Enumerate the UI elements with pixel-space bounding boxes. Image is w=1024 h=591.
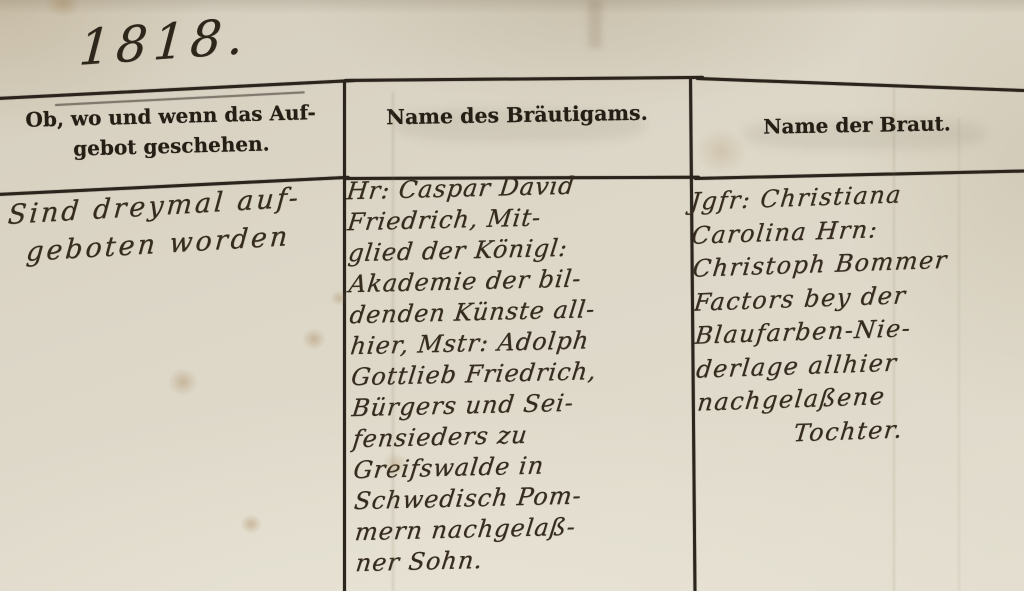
top-rule-segment <box>696 77 1024 92</box>
paper-stain <box>168 368 198 396</box>
column-header-groom: Name des Bräutigams. <box>348 97 686 133</box>
column-header-aufgebot: Ob, wo und wenn das Auf- gebot geschehen… <box>1 97 340 166</box>
column-header-bride: Name der Braut. <box>694 107 1020 143</box>
year-text: 1818. <box>77 8 251 77</box>
entry-bride: Jgfr: ChristianaCarolina Hrn:Christoph B… <box>687 174 1024 453</box>
paper-stain <box>240 514 262 534</box>
entry-groom: Hr: Caspar DavidFriedrich, Mit-glied der… <box>344 168 699 579</box>
register-page: 1818. Ob, wo und wenn das Auf- gebot ges… <box>0 0 1024 591</box>
paper-stain <box>45 0 81 18</box>
year-annotation: 1818. <box>73 8 247 77</box>
top-rule-segment <box>344 76 704 82</box>
scan-edge-shadow <box>0 0 1024 14</box>
paper-stain <box>302 328 326 350</box>
header-line: Name der Braut. <box>694 107 1020 143</box>
column-divider-left <box>343 80 346 591</box>
paper-smudge <box>588 0 602 48</box>
header-line: Name des Bräutigams. <box>348 97 686 133</box>
